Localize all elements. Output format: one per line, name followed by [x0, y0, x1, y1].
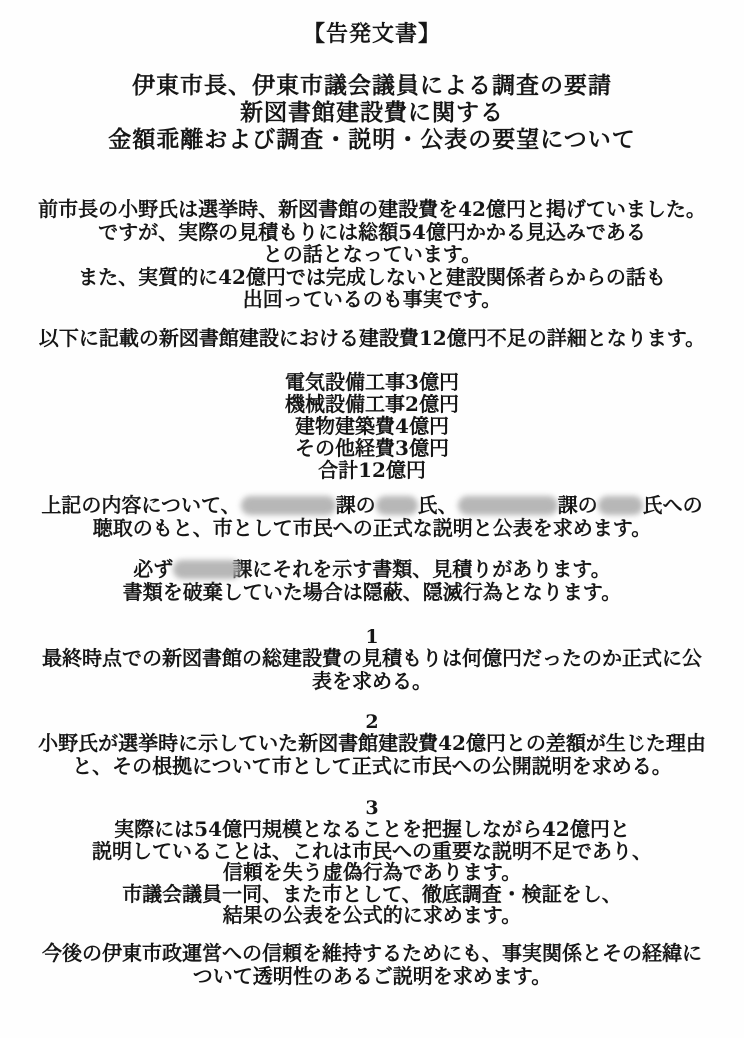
cost-item: 建物建築費4億円	[0, 415, 744, 437]
demand-line: 実際には54億円規模となることを把握しながら42億円と	[0, 819, 744, 841]
hearing-text-segment: 課の	[336, 493, 376, 517]
evidence-text-segment: 課にそれを示す書類、見積りがあります。	[232, 557, 610, 581]
demand-line: 最終時点での新図書館の総建設費の見積もりは何億円だったのか正式に公	[0, 647, 744, 670]
redaction-blur	[173, 560, 241, 579]
demand-number: 1	[0, 627, 744, 647]
redaction-blur	[458, 496, 558, 515]
hearing-text-segment: 氏への	[643, 493, 703, 517]
title-line: 新図書館建設費に関する	[0, 99, 744, 126]
cost-item: その他経費3億円	[0, 437, 744, 459]
demand-number: 3	[0, 798, 744, 820]
evidence-line: 書類を破棄していた場合は隠蔽、隠滅行為となります。	[0, 581, 744, 604]
cost-breakdown-list: 電気設備工事3億円 機械設備工事2億円 建物建築費4億円 その他経費3億円 合計…	[0, 371, 744, 481]
hearing-redacted-line: 上記の内容について、課の氏、課の氏への	[0, 494, 744, 517]
redaction-blur	[598, 496, 643, 515]
closing-line: 今後の伊東市政運営への信頼を維持するためにも、事実関係とその経緯に	[0, 942, 744, 965]
cost-item: 機械設備工事2億円	[0, 393, 744, 415]
document-page: 【告発文書】 伊東市長、伊東市議会議員による調査の要請 新図書館建設費に関する …	[0, 0, 744, 1038]
intro-line: 前市長の小野氏は選挙時、新図書館の建設費を42億円と掲げていました。	[0, 198, 744, 221]
evidence-note-paragraph: 必ず課にそれを示す書類、見積りがあります。 書類を破棄していた場合は隠蔽、隠滅行…	[0, 558, 744, 604]
evidence-redacted-line: 必ず課にそれを示す書類、見積りがあります。	[0, 558, 744, 581]
title-line: 伊東市長、伊東市議会議員による調査の要請	[0, 72, 744, 99]
doc-type-label: 【告発文書】	[0, 22, 744, 46]
hearing-text-segment: 課の	[558, 493, 598, 517]
intro-line: また、実質的に42億円では完成しないと建設関係者らからの話も	[0, 266, 744, 289]
closing-line: ついて透明性のあるご説明を求めます。	[0, 965, 744, 988]
demand-line: 小野氏が選挙時に示していた新図書館建設費42億円との差額が生じた理由	[0, 732, 744, 755]
demand-line: と、その根拠について市として正式に市民への公開説明を求める。	[0, 755, 744, 778]
document-title: 伊東市長、伊東市議会議員による調査の要請 新図書館建設費に関する 金額乖離および…	[0, 72, 744, 153]
demand-line: 説明していることは、これは市民への重要な説明不足であり、	[0, 841, 744, 863]
redaction-blur	[376, 496, 418, 515]
demand-line: 信頼を失う虚偽行為であります。	[0, 862, 744, 884]
demand-1: 1 最終時点での新図書館の総建設費の見積もりは何億円だったのか正式に公 表を求め…	[0, 627, 744, 693]
title-line: 金額乖離および調査・説明・公表の要望について	[0, 126, 744, 153]
hearing-text-segment: 氏、	[418, 493, 458, 517]
demand-line: 結果の公表を公式的に求めます。	[0, 905, 744, 927]
demand-2: 2 小野氏が選挙時に示していた新図書館建設費42億円との差額が生じた理由 と、そ…	[0, 712, 744, 778]
hearing-text-segment: 上記の内容について、	[41, 493, 240, 517]
demand-line: 市議会議員一同、また市として、徹底調査・検証をし、	[0, 884, 744, 906]
intro-line: ですが、実際の見積もりには総額54億円かかる見込みである	[0, 221, 744, 244]
intro-line: 出回っているのも事実です。	[0, 288, 744, 311]
cost-item: 合計12億円	[0, 459, 744, 481]
intro-line: との話となっています。	[0, 243, 744, 266]
closing-paragraph: 今後の伊東市政運営への信頼を維持するためにも、事実関係とその経緯に ついて透明性…	[0, 942, 744, 988]
intro-paragraph: 前市長の小野氏は選挙時、新図書館の建設費を42億円と掲げていました。 ですが、実…	[0, 198, 744, 311]
cost-item: 電気設備工事3億円	[0, 371, 744, 393]
demand-number: 2	[0, 712, 744, 732]
demand-line: 表を求める。	[0, 670, 744, 693]
hearing-request-paragraph: 上記の内容について、課の氏、課の氏への 聴取のもと、市として市民への正式な説明と…	[0, 494, 744, 540]
detail-intro-line: 以下に記載の新図書館建設における建設費12億円不足の詳細となります。	[0, 327, 744, 350]
redaction-blur	[241, 496, 336, 515]
evidence-text-segment: 必ず	[133, 557, 173, 581]
demand-3: 3 実際には54億円規模となることを把握しながら42億円と 説明していることは、…	[0, 798, 744, 927]
hearing-line: 聴取のもと、市として市民への正式な説明と公表を求めます。	[0, 517, 744, 540]
